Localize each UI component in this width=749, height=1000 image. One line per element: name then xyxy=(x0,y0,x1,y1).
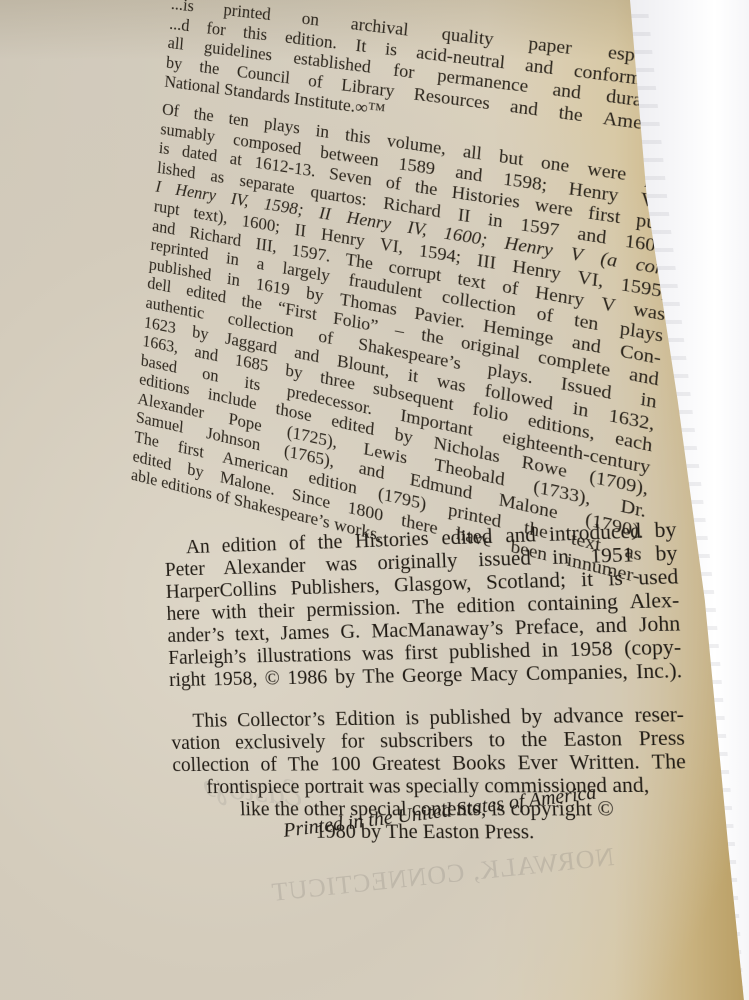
ansi-permanence-symbol-icon: ∞™ xyxy=(354,97,386,121)
edition-paragraph: An edition of the Histories edited and i… xyxy=(164,519,683,692)
